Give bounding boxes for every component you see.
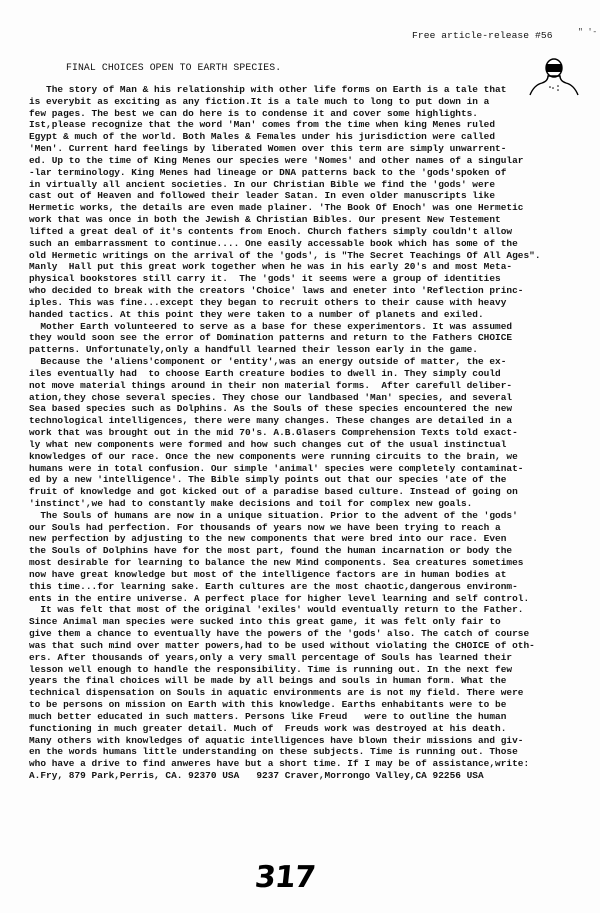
text-line: such an embarrassment to continue.... On… [29, 238, 589, 250]
text-line: cast out of Heaven and followed their le… [29, 190, 589, 202]
text-line: fruit of knowledge and got kicked out of… [29, 486, 589, 498]
article-body: The story of Man & his relationship with… [29, 84, 589, 782]
text-line: technical dispensation on Souls in aquat… [29, 687, 589, 699]
text-line: new perfection by adjusting to the new c… [29, 533, 589, 545]
text-line: ation,they chose several species. They c… [29, 392, 589, 404]
text-line: ed. Up to the time of King Menes our spe… [29, 155, 589, 167]
text-line: give them a chance to eventually have th… [29, 628, 589, 640]
text-line: this time...for learning sake. Earth cul… [29, 581, 589, 593]
text-line: they would soon see the error of Dominat… [29, 332, 589, 344]
text-line: our Souls had perfection. For thousands … [29, 522, 589, 534]
text-line: was that such mind over matter powers,ha… [29, 640, 589, 652]
text-line: iles eventually had to choose Earth crea… [29, 368, 589, 380]
text-line: The story of Man & his relationship with… [29, 84, 589, 96]
text-line: en the words humans little understanding… [29, 746, 589, 758]
text-line: It was felt that most of the original 'e… [29, 604, 589, 616]
text-line: Because the 'aliens'component or 'entity… [29, 356, 589, 368]
handwritten-page-number: 317 [253, 860, 316, 895]
text-line: is everybit as exciting as any fiction.I… [29, 96, 589, 108]
text-line: much better educated in such matters. Pe… [29, 711, 589, 723]
text-line: most desirable for learning to balance t… [29, 557, 589, 569]
text-line: technological intelligences, there were … [29, 415, 589, 427]
text-line: now have great knowledge but most of the… [29, 569, 589, 581]
text-line: Sea based species such as Dolphins. As t… [29, 403, 589, 415]
text-line: -lar terminology. King Menes had lineage… [29, 167, 589, 179]
text-line: knowledges of our race. Once the new com… [29, 451, 589, 463]
text-line: 'Men'. Current hard feelings by liberate… [29, 143, 589, 155]
text-line: Egypt & much of the world. Both Males & … [29, 131, 589, 143]
text-line: Manly Hall put this great work together … [29, 261, 589, 273]
text-line: in virtually all ancient societies. In o… [29, 179, 589, 191]
text-line: lifted a great deal of it's contents fro… [29, 226, 589, 238]
text-line: lesson well enough to handle the respons… [29, 664, 589, 676]
document-page: Free article-release #56 " '- FINAL CHOI… [0, 0, 600, 913]
text-line: not move material things around in their… [29, 380, 589, 392]
text-line: ers. After thousands of years,only a ver… [29, 652, 589, 664]
text-line: functioning in much greater detail. Much… [29, 723, 589, 735]
text-line: iples. This was fine...except they began… [29, 297, 589, 309]
text-line: ents in the entire universe. A perfect p… [29, 593, 589, 605]
text-line: humans were in total confusion. Our simp… [29, 463, 589, 475]
text-line: Since Animal man species were sucked int… [29, 616, 589, 628]
text-line: physical bookstores still carry it. The … [29, 273, 589, 285]
text-line: who decided to break with the creators '… [29, 285, 589, 297]
text-line: Ist,please recognize that the word 'Man'… [29, 119, 589, 131]
text-line: The Souls of humans are now in a unique … [29, 510, 589, 522]
text-line: patterns. Unfortunately,only a handfull … [29, 344, 589, 356]
article-release-header: Free article-release #56 [412, 30, 553, 41]
text-line: who have a drive to find anweres have bu… [29, 758, 589, 770]
text-line: few pages. The best we can do here is to… [29, 108, 589, 120]
document-title: FINAL CHOICES OPEN TO EARTH SPECIES. [66, 62, 281, 73]
text-line: old Hermetic writings on the arrival of … [29, 250, 589, 262]
text-line: to be persons on mission on Earth with t… [29, 699, 589, 711]
text-line: work that was once in both the Jewish & … [29, 214, 589, 226]
text-line: years the final choices will be made by … [29, 675, 589, 687]
text-line: A.Fry, 879 Park,Perris, CA. 92370 USA 92… [29, 770, 589, 782]
text-line: handed tactics. At this point they were … [29, 309, 589, 321]
text-line: ly what new components were formed and h… [29, 439, 589, 451]
text-line: Many others with knowledges of aquatic i… [29, 735, 589, 747]
text-line: ed by a new 'intelligence'. The Bible si… [29, 474, 589, 486]
corner-marks: " '- [578, 28, 597, 37]
text-line: Mother Earth volunteered to serve as a b… [29, 321, 589, 333]
text-line: Hermetic works, the details are even mad… [29, 202, 589, 214]
text-line: 'instinct',we had to constantly make dec… [29, 498, 589, 510]
text-line: work that was brought out in the mid 70'… [29, 427, 589, 439]
text-line: the Souls of Dolphins have for the most … [29, 545, 589, 557]
